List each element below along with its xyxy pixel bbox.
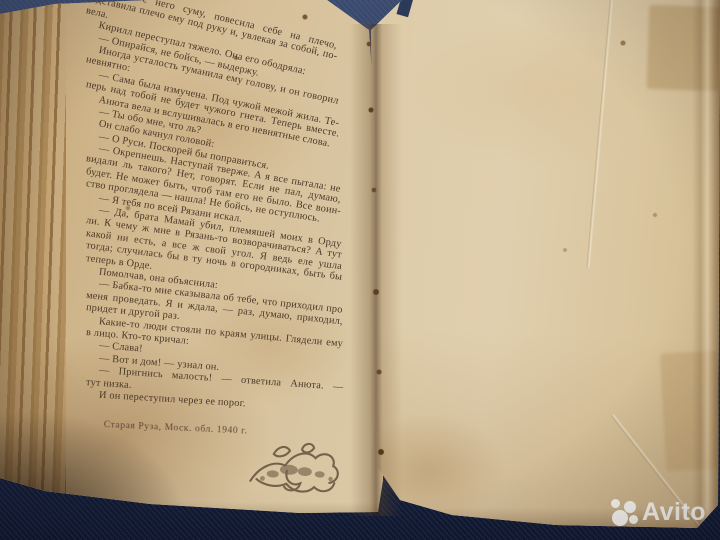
torn-notch (396, 0, 413, 17)
avito-watermark: Avito (596, 492, 718, 536)
floral-vignette (241, 434, 344, 503)
page-edge-curl (692, 0, 720, 530)
paper-patch (660, 351, 720, 472)
page-crease (586, 0, 613, 267)
avito-logo-icon (611, 499, 620, 508)
avito-wordmark: Avito (642, 498, 706, 527)
page-text: она сняла с него суму, повесила себе на … (86, 0, 346, 401)
avito-logo-icon (629, 515, 638, 524)
avito-logo-icon (624, 501, 636, 513)
page-fore-edge (0, 0, 66, 540)
avito-logo-icon (612, 510, 628, 526)
book-photo: она сняла с него суму, повесила себе на … (0, 0, 720, 540)
paper-patch (647, 5, 720, 91)
